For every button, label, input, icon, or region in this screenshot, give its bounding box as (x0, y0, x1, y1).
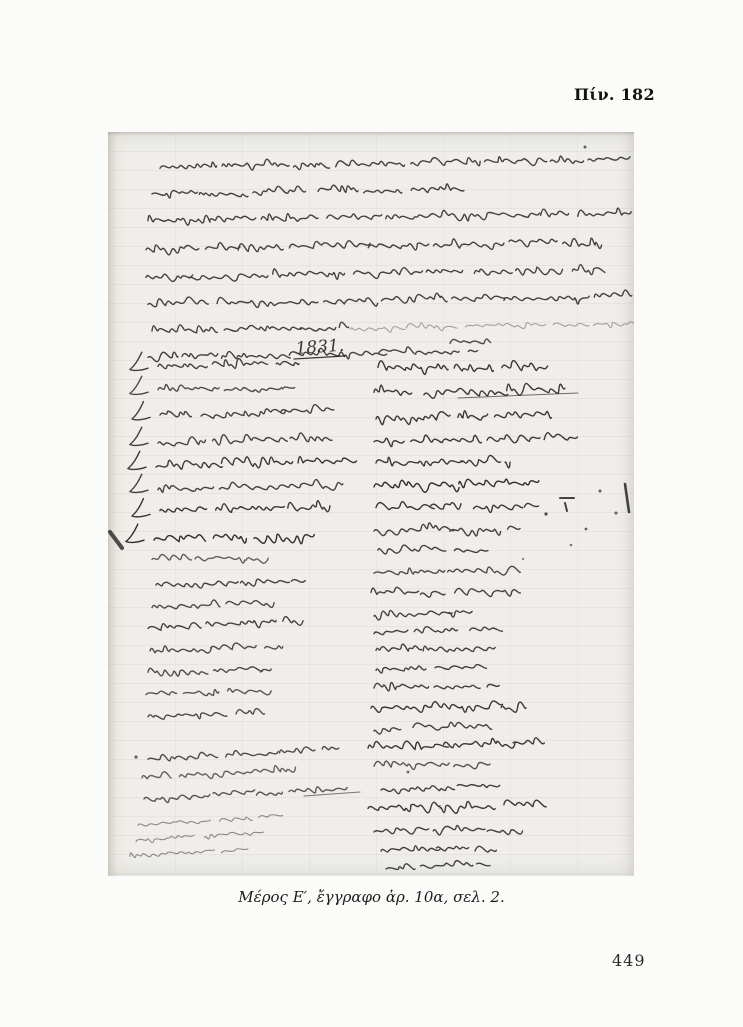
handwriting-ink-layer: 1831. (108, 132, 634, 876)
manuscript-scan: 1831. (108, 132, 634, 876)
handwritten-date: 1831. (295, 336, 345, 359)
book-page: Πίν. 182 1831. Μέρος Ε′, ἔγγραφο ἀρ. 10α… (0, 0, 743, 1027)
page-number: 449 (612, 951, 646, 970)
plate-label: Πίν. 182 (574, 85, 655, 104)
figure-caption: Μέρος Ε′, ἔγγραφο ἀρ. 10α, σελ. 2. (0, 888, 743, 906)
